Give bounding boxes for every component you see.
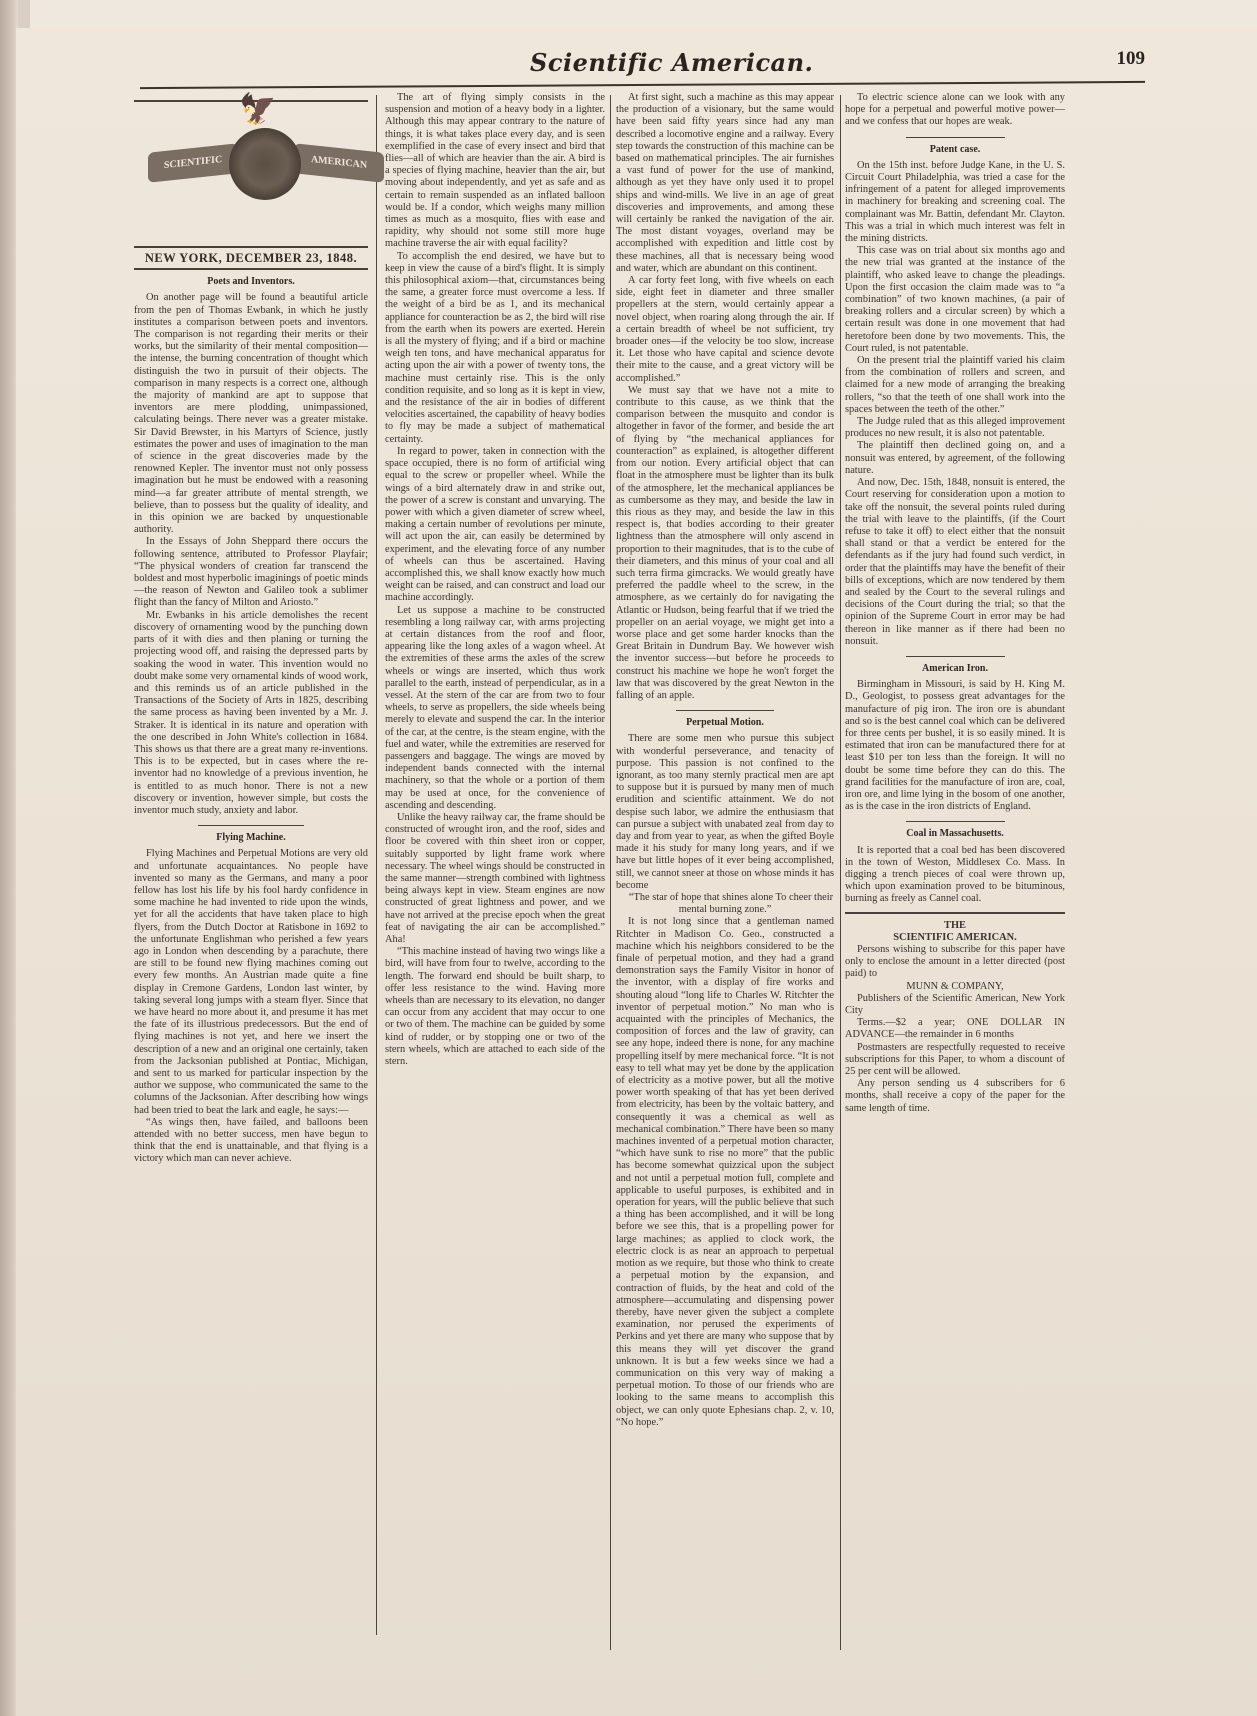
- notice-title-line1: THE: [845, 920, 1065, 932]
- page-number: 109: [1117, 48, 1146, 70]
- article-paragraph: Unlike the heavy railway car, the frame …: [385, 812, 605, 946]
- column-1: SCIENTIFIC AMERICAN 🦅 NEW YORK, DECEMBER…: [134, 100, 368, 1166]
- section-divider: [906, 656, 1005, 657]
- section-divider: [906, 821, 1005, 822]
- article-paragraph: To electric science alone can we look wi…: [845, 92, 1065, 129]
- article-paragraph: On the present trial the plaintiff varie…: [845, 355, 1065, 416]
- article-paragraph: Mr. Ewbanks in his article demolishes th…: [134, 610, 368, 817]
- article-paragraph: At first sight, such a machine as this m…: [616, 92, 834, 275]
- column-4: To electric science alone can we look wi…: [845, 92, 1065, 1115]
- article-title: Perpetual Motion.: [616, 717, 834, 729]
- article-paragraph: There are some men who pursue this subje…: [616, 733, 834, 892]
- previous-page-edge: [30, 0, 1257, 30]
- column-divider: [376, 95, 377, 1635]
- article-paragraph: It is reported that a coal bed has been …: [845, 845, 1065, 906]
- eagle-icon: 🦅: [239, 104, 276, 116]
- notice-terms: Terms.—$2 a year; ONE DOLLAR IN ADVANCE—…: [845, 1017, 1065, 1041]
- article-paragraph: “This machine instead of having two wing…: [385, 946, 605, 1068]
- article-title: Flying Machine.: [134, 832, 368, 844]
- section-divider: [198, 825, 303, 826]
- article-title: Patent case.: [845, 144, 1065, 156]
- logo-seal-icon: [229, 128, 301, 200]
- article-paragraph: The Judge ruled that as this alleged imp…: [845, 416, 1065, 440]
- article-paragraph: The plaintiff then declined going on, an…: [845, 440, 1065, 477]
- article-paragraph: On another page will be found a beautifu…: [134, 292, 368, 536]
- logo-banner-left: SCIENTIFIC: [148, 143, 238, 182]
- article-paragraph: On the 15th inst. before Judge Kane, in …: [845, 160, 1065, 245]
- section-divider-double: [845, 912, 1065, 914]
- column-divider: [840, 95, 841, 1650]
- header-rule: [140, 81, 1145, 89]
- masthead-title: Scientific American.: [530, 48, 813, 77]
- masthead-logo: SCIENTIFIC AMERICAN 🦅: [134, 100, 368, 240]
- notice-title-line2: SCIENTIFIC AMERICAN.: [845, 932, 1065, 944]
- notice-publisher: MUNN & COMPANY,: [845, 981, 1065, 993]
- notice-publisher-desc: Publishers of the Scientific American, N…: [845, 993, 1065, 1017]
- article-paragraph: “As wings then, have failed, and balloon…: [134, 1117, 368, 1166]
- article-paragraph: To accomplish the end desired, we have b…: [385, 251, 605, 446]
- article-title: American Iron.: [845, 663, 1065, 675]
- dateline: NEW YORK, DECEMBER 23, 1848.: [134, 246, 368, 270]
- section-divider: [676, 710, 774, 711]
- notice-postmasters: Postmasters are respectfully requested t…: [845, 1042, 1065, 1079]
- notice-intro: Persons wishing to subscribe for this pa…: [845, 944, 1065, 981]
- article-paragraph: Let us suppose a machine to be construct…: [385, 605, 605, 812]
- article-paragraph: We must say that we have not a mite to c…: [616, 385, 834, 702]
- article-paragraph: In regard to power, taken in connection …: [385, 446, 605, 605]
- section-divider: [906, 137, 1005, 138]
- article-title: Coal in Massachusetts.: [845, 828, 1065, 840]
- article-paragraph: In the Essays of John Sheppard there occ…: [134, 536, 368, 609]
- article-title: Poets and Inventors.: [134, 276, 368, 288]
- column-3: At first sight, such a machine as this m…: [616, 92, 834, 1429]
- article-paragraph: It is not long since that a gentleman na…: [616, 916, 834, 1429]
- poem-quote: “The star of hope that shines alone To c…: [616, 892, 834, 916]
- column-2: The art of flying simply consists in the…: [385, 92, 605, 1068]
- article-paragraph: A car forty feet long, with five wheels …: [616, 275, 834, 385]
- article-paragraph: This case was on trial about six months …: [845, 245, 1065, 355]
- article-paragraph: Flying Machines and Perpetual Motions ar…: [134, 848, 368, 1116]
- article-paragraph: And now, Dec. 15th, 1848, nonsuit is ent…: [845, 477, 1065, 648]
- column-divider: [610, 95, 611, 1650]
- notice-clubs: Any person sending us 4 subscribers for …: [845, 1078, 1065, 1115]
- article-paragraph: The art of flying simply consists in the…: [385, 92, 605, 251]
- article-paragraph: Birmingham in Missouri, is said by H. Ki…: [845, 679, 1065, 813]
- page-header: Scientific American. 109: [140, 48, 1145, 88]
